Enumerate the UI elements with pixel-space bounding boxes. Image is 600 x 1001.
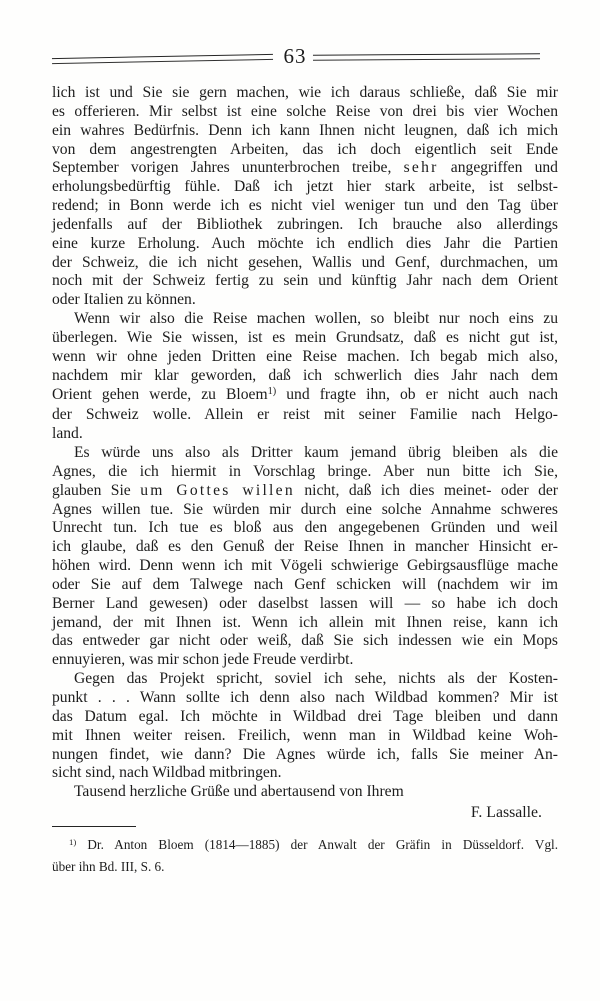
text-line: ein wahres Bedürfnis. Denn ich kann Ihne… bbox=[52, 122, 558, 141]
text-line: überlegen. Wie Sie wissen, ist es mein G… bbox=[52, 329, 558, 348]
footnote-marker: 1) bbox=[268, 386, 277, 397]
text-line: das Datum egal. Ich möchte in Wildbad dr… bbox=[52, 708, 558, 727]
running-head: 63 bbox=[0, 0, 600, 80]
text-line: nungen findet, wie dann? Die Agnes würde… bbox=[52, 746, 558, 765]
text-line: oder Sie auf dem Talwege nach Genf schic… bbox=[52, 576, 558, 595]
paragraph: lich ist und Sie sie gern machen, wie ic… bbox=[52, 84, 558, 310]
text-line: von dem angestrengten Arbeiten, das ich … bbox=[52, 141, 558, 160]
signature-line: F. Lassalle. bbox=[52, 803, 558, 822]
text-line: Gegen das Projekt spricht, soviel ich se… bbox=[52, 670, 558, 689]
paragraph: Gegen das Projekt spricht, soviel ich se… bbox=[52, 670, 558, 783]
scanned-book-page: 63 lich ist und Sie sie gern machen, wie… bbox=[0, 0, 600, 1001]
text-line: der Schweiz, die ich nicht gesehen, Wall… bbox=[52, 254, 558, 273]
text-line: nachdem mir klar geworden, daß ich schwe… bbox=[52, 367, 558, 386]
footnote-separator-rule bbox=[52, 826, 136, 827]
letterspaced-emphasis: sehr bbox=[404, 159, 439, 176]
text-line: ich glaube, daß es den Genuß der Reise I… bbox=[52, 538, 558, 557]
footnote-marker: 1) bbox=[69, 837, 76, 847]
text-line: 1) Dr. Anton Bloem (1814—1885) der Anwal… bbox=[52, 835, 558, 857]
text-line: eine kurze Erholung. Auch möchte ich end… bbox=[52, 235, 558, 254]
text-line: der Schweiz wolle. Allein er reist mit s… bbox=[52, 406, 558, 425]
text-line: wenn wir ohne jeden Dritten eine Reise m… bbox=[52, 348, 558, 367]
text-line: höhen wird. Denn wenn ich mit Vögeli sch… bbox=[52, 557, 558, 576]
text-line: September vorigen Jahres ununterbrochen … bbox=[52, 159, 558, 178]
text-line: das entweder gar nicht oder weiß, daß Si… bbox=[52, 632, 558, 651]
text-line: redend; in Bonn werde ich es nicht viel … bbox=[52, 197, 558, 216]
text-line: erholungsbedürftig fühle. Daß ich jetzt … bbox=[52, 178, 558, 197]
text-line: Es würde uns also als Dritter kaum jeman… bbox=[52, 444, 558, 463]
letterspaced-emphasis: um Gottes willen bbox=[140, 482, 295, 499]
paragraph: Es würde uns also als Dritter kaum jeman… bbox=[52, 444, 558, 670]
paragraph: Tausend herzliche Grüße und abertausend … bbox=[52, 783, 558, 802]
text-line: mit Ihnen weiter reisen. Freilich, wenn … bbox=[52, 727, 558, 746]
text-line: glauben Sie um Gottes willen nicht, daß … bbox=[52, 482, 558, 501]
footnote: 1) Dr. Anton Bloem (1814—1885) der Anwal… bbox=[52, 826, 558, 878]
text-line: Agnes willen tue. Sie würden mir durch e… bbox=[52, 501, 558, 520]
text-line: ennuyieren, was mir schon jede Freude ve… bbox=[52, 651, 558, 670]
letter-body: lich ist und Sie sie gern machen, wie ic… bbox=[52, 84, 558, 822]
text-line: Wenn wir also die Reise machen wollen, s… bbox=[52, 310, 558, 329]
paragraph: Wenn wir also die Reise machen wollen, s… bbox=[52, 310, 558, 444]
text-line: über ihn Bd. III, S. 6. bbox=[52, 857, 558, 878]
footnote-text: 1) Dr. Anton Bloem (1814—1885) der Anwal… bbox=[52, 835, 558, 878]
text-line: oder Italien zu können. bbox=[52, 291, 558, 310]
text-line: sicht sind, nach Wildbad mitbringen. bbox=[52, 764, 558, 783]
header-rule-left bbox=[52, 54, 273, 64]
text-line: Berner Land gewesen) oder daselbst lasse… bbox=[52, 595, 558, 614]
header-rule-right bbox=[313, 53, 540, 60]
text-line: jemand, der mit Ihnen ist. Wenn ich alle… bbox=[52, 614, 558, 633]
text-line: es offerieren. Mir selbst ist eine solch… bbox=[52, 103, 558, 122]
text-line: Tausend herzliche Grüße und abertausend … bbox=[52, 783, 558, 802]
text-line: Agnes, die ich hiermit in Vorschlag brin… bbox=[52, 463, 558, 482]
text-line: punkt . . . Wann sollte ich denn also na… bbox=[52, 689, 558, 708]
text-line: noch mit der Schweiz fertig zu sein und … bbox=[52, 272, 558, 291]
text-line: jedenfalls auf der Bibliothek zubringen.… bbox=[52, 216, 558, 235]
text-line: land. bbox=[52, 425, 558, 444]
text-line: lich ist und Sie sie gern machen, wie ic… bbox=[52, 84, 558, 103]
text-line: Unrecht tun. Ich tue es bloß aus den ang… bbox=[52, 519, 558, 538]
text-line: Orient gehen werde, zu Bloem1) und fragt… bbox=[52, 386, 558, 407]
